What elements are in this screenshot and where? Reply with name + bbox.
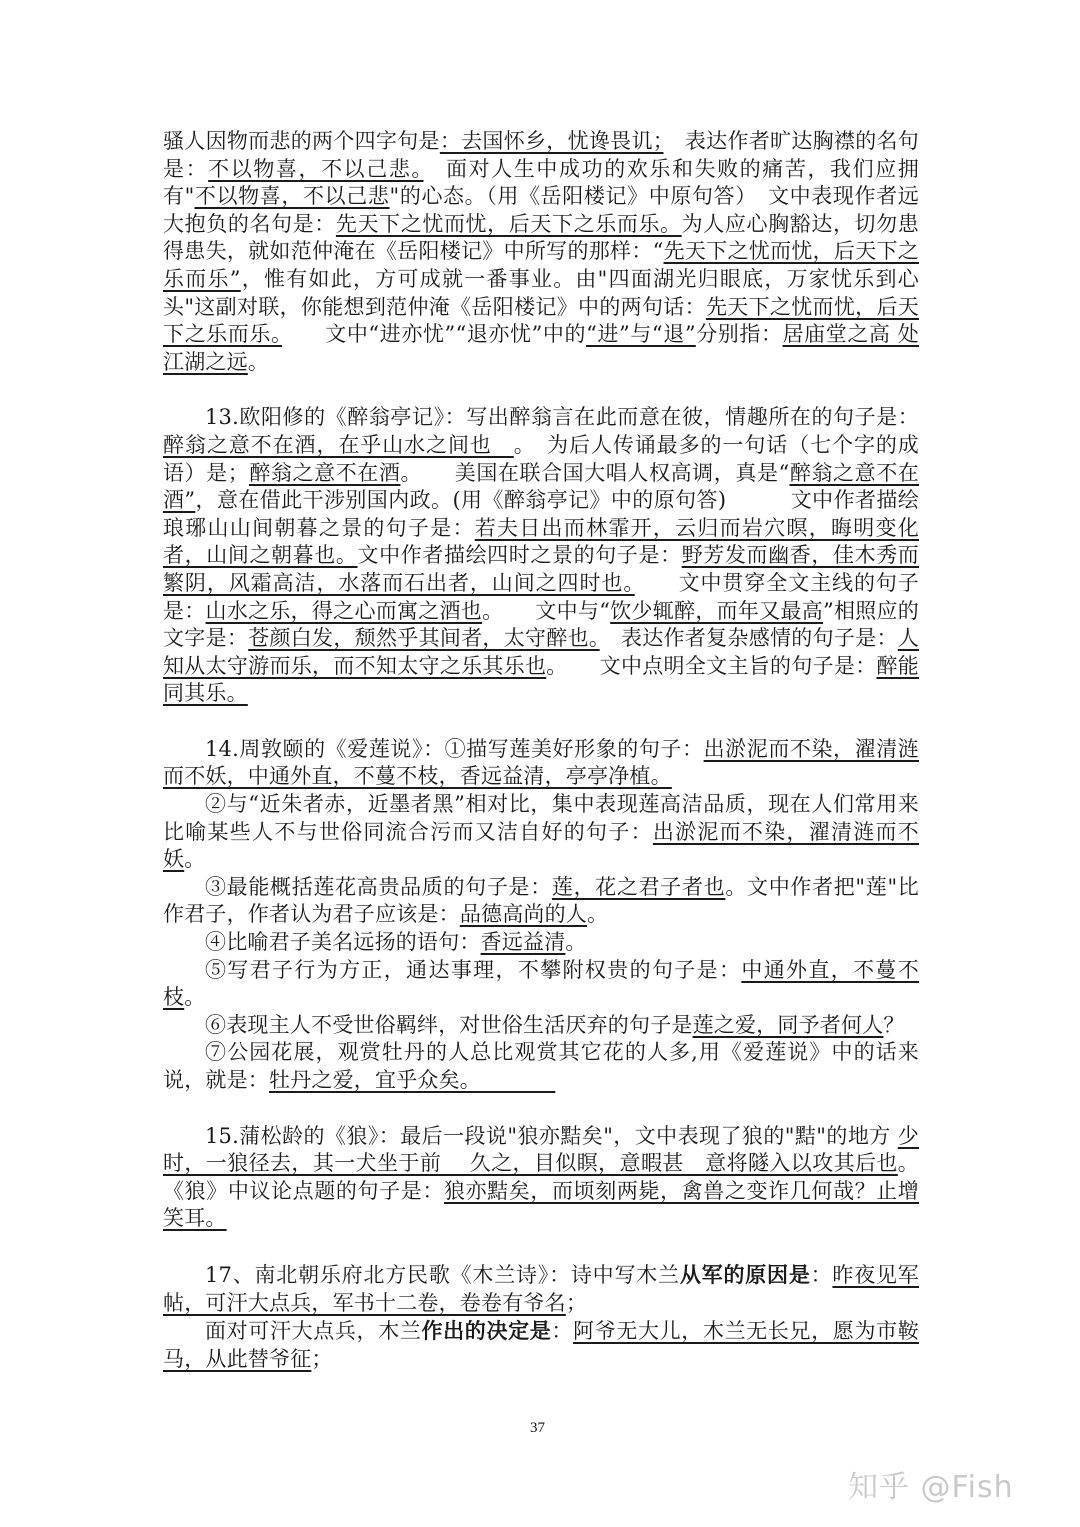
question-text: 15.蒲松龄的《狼》：最后一段说"狼亦黠矣"，文中表现了狼的"黠"的地方 bbox=[205, 1124, 898, 1148]
question-text: ？ bbox=[883, 1013, 904, 1037]
paragraph-p17-1: 17、南北朝乐府北方民歌《木兰诗》：诗中写木兰从军的原因是：昨夜见军帖，可汗大点… bbox=[163, 1261, 919, 1317]
question-text: ： bbox=[551, 1319, 573, 1343]
answer-text: 饮少辄醉，而年又最高 bbox=[610, 599, 823, 623]
answer-text: 醉翁之意不在酒，在乎山水之间也 bbox=[163, 433, 514, 457]
paragraph-p13: 13.欧阳修的《醉翁亭记》：写出醉翁言在此而意在彼，情趣所在的句子是：醉翁之意不… bbox=[163, 404, 919, 708]
question-text: 表达作者复杂感情的句子是： bbox=[600, 626, 898, 650]
question-text: ： bbox=[811, 1263, 833, 1287]
answer-text: 牡丹之爱，宜乎众矣。 bbox=[269, 1068, 555, 1092]
paragraph-p14-1: 14.周敦颐的《爱莲说》：①描写莲美好形象的句子：出淤泥而不染，濯清涟而不妖，中… bbox=[163, 736, 919, 791]
question-text: 14.周敦颐的《爱莲说》：①描写莲美好形象的句子： bbox=[205, 737, 704, 761]
answer-text: “进”与“退” bbox=[586, 322, 696, 346]
answer-text: 先天下之忧而忧，后天下之乐而乐。 bbox=[336, 212, 682, 236]
question-text: 文中作者描绘四时之景的句子是： bbox=[358, 543, 682, 567]
question-text: 。 bbox=[184, 985, 205, 1009]
question-text: 面对可汗大点兵，木兰 bbox=[205, 1319, 422, 1343]
question-text: ； bbox=[566, 1291, 587, 1315]
paragraph-gap bbox=[163, 1095, 919, 1123]
answer-text: 香远益清 bbox=[481, 930, 566, 954]
answer-text: 品德高尚的人 bbox=[460, 902, 587, 926]
question-text: 分别指： bbox=[696, 322, 783, 346]
question-text: ④比喻君子美名远扬的语句： bbox=[205, 930, 481, 954]
answer-text: 醉翁之意不在酒 bbox=[249, 461, 401, 485]
paragraph-p14-2: ②与“近朱者赤，近墨者黑”相对比，集中表现莲高洁品质，现在人们常用来比喻某些人不… bbox=[163, 791, 919, 874]
question-text: 。 美国在联合国大唱人权高调，真是“ bbox=[400, 461, 789, 485]
question-text: 。 文中点明全文主旨的句子是： bbox=[546, 654, 876, 678]
question-text: 。 bbox=[248, 350, 269, 374]
question-text: ⑤写君子行为方正，通达事理，不攀附权贵的句子是： bbox=[205, 958, 741, 982]
answer-text: 莲之爱，同予者何人 bbox=[693, 1013, 884, 1037]
paragraph-p17-2: 面对可汗大点兵，木兰作出的决定是：阿爷无大儿，木兰无长兄，愿为市鞍马，从此替爷征… bbox=[163, 1317, 919, 1373]
paragraph-p14-7: ⑦公园花展，观赏牡丹的人总比观赏其它花的人多,用《爱莲说》中的话来说，就是：牡丹… bbox=[163, 1039, 919, 1094]
question-text: 作出的决定是 bbox=[422, 1318, 552, 1343]
document-page: 骚人因物而悲的两个四字句是：去国怀乡，忧谗畏讥； 表达作者旷达胸襟的名句是：不以… bbox=[163, 128, 919, 1373]
page-number: 37 bbox=[530, 1420, 545, 1437]
paragraph-p14-5: ⑤写君子行为方正，通达事理，不攀附权贵的句子是：中通外直，不蔓不枝。 bbox=[163, 957, 919, 1012]
answer-text: 山水之乐，得之心而寓之酒也 bbox=[206, 599, 483, 623]
answer-text: 不以物喜，不以己悲。 bbox=[208, 157, 423, 181]
answer-text: 莲，花之君子者也 bbox=[552, 875, 725, 899]
question-text: 。 bbox=[184, 847, 205, 871]
zhihu-watermark: 知乎 @Fish bbox=[848, 1462, 1014, 1506]
paragraph-p14-6: ⑥表现主人不受世俗羁绊，对世俗生活厌弃的句子是莲之爱，同予者何人？ bbox=[163, 1012, 919, 1040]
paragraph-p14-4: ④比喻君子美名远扬的语句：香远益清。 bbox=[163, 929, 919, 957]
paragraph-p15: 15.蒲松龄的《狼》：最后一段说"狼亦黠矣"，文中表现了狼的"黠"的地方 少时，… bbox=[163, 1123, 919, 1233]
question-text: ③最能概括莲花高贵品质的句子是： bbox=[205, 875, 552, 899]
question-text: 。 文中与“ bbox=[482, 599, 610, 623]
answer-text: ：去国怀乡，忧谗畏讥； bbox=[440, 129, 664, 153]
paragraph-gap bbox=[163, 1233, 919, 1261]
question-text: 文中“进亦忧”“退亦忧”中的 bbox=[282, 322, 586, 346]
question-text: ； bbox=[311, 1347, 332, 1371]
question-text: 。 bbox=[587, 902, 608, 926]
answer-text: 不以物喜，不以己悲 bbox=[194, 184, 389, 208]
question-text: ⑥表现主人不受世俗羁绊，对世俗生活厌弃的句子是 bbox=[205, 1013, 693, 1037]
question-text: 13.欧阳修的《醉翁亭记》：写出醉翁言在此而意在彼，情趣所在的句子是： bbox=[205, 405, 919, 429]
question-text: 从军的原因是 bbox=[680, 1262, 811, 1287]
paragraph-p14-3: ③最能概括莲花高贵品质的句子是：莲，花之君子者也。文中作者把"莲"比作君子，作者… bbox=[163, 874, 919, 929]
answer-text: 苍颜白发，颓然乎其间者，太守醉也。 bbox=[248, 626, 599, 650]
question-text: 。 bbox=[565, 930, 586, 954]
paragraph-p12-cont: 骚人因物而悲的两个四字句是：去国怀乡，忧谗畏讥； 表达作者旷达胸襟的名句是：不以… bbox=[163, 128, 919, 376]
question-text: 骚人因物而悲的两个四字句是 bbox=[163, 129, 440, 153]
paragraph-gap bbox=[163, 376, 919, 404]
paragraph-gap bbox=[163, 708, 919, 736]
question-text: 17、南北朝乐府北方民歌《木兰诗》：诗中写木兰 bbox=[205, 1263, 680, 1287]
